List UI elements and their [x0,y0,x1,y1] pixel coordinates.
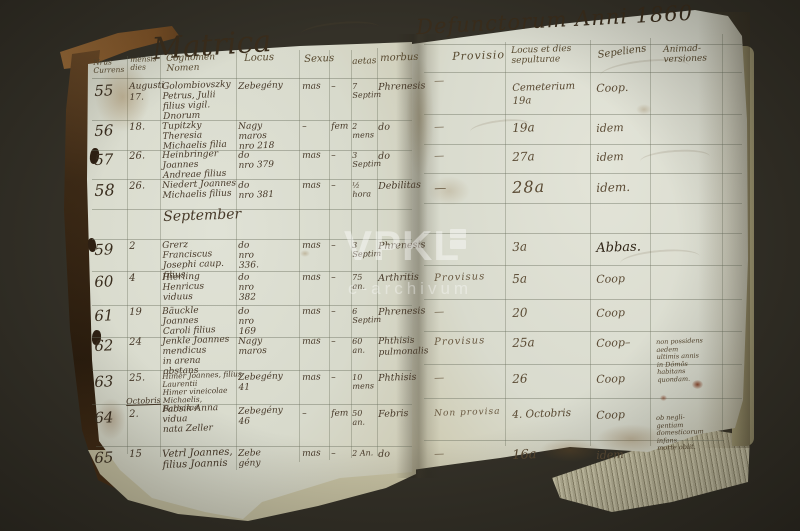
cell-locus-sepulturae: 5a [512,270,588,286]
cell-locus: Zebegény 46 [238,405,297,427]
watermark-text: VPKL [344,222,460,270]
watermark-subtext: e-archivum [348,279,472,299]
cell-sepeliens: Coop [596,271,652,286]
cell-name: Golombiovszky Petrus, Julii filius vigil… [162,79,237,122]
cell-locus: Zebegény [238,80,296,92]
cell-aetas: 60 an. [352,336,377,355]
cell-sexus-mas: – [302,121,328,132]
cell-morbus: Phthisis pulmonalis [378,336,419,359]
cell-aetas: 6 Septim [352,306,377,325]
cell-sexus-fem: – [331,180,351,191]
cell-sepeliens: idem [596,149,652,164]
cell-date: 19 [129,306,159,318]
cell-date: 2 [129,240,159,252]
cell-date: 2. [129,408,159,420]
cell-animadversiones: ob negli- gentiam domesticorum infans mo… [656,413,723,453]
cell-locus: do nro 169 [238,305,297,337]
cell-entry-number: 60 [94,272,129,291]
cell-animadversiones: non possidens aedem ultimis annis in Döm… [656,337,724,384]
cell-locus-sepulturae: 25a [512,334,588,350]
cell-locus: Nagy maros [238,335,297,357]
header-sexus: Sexus [304,53,334,65]
cell-sexus-fem: – [331,150,351,161]
cell-sexus-mas: – [302,408,328,419]
cell-aetas: 2 An. [352,448,376,458]
cell-sexus-mas: mas [302,372,328,383]
cell-locus-sepulturae: 26 [512,370,588,386]
cell-locus-sepulturae: 3a [512,238,588,254]
cell-morbus: Febris [378,408,418,420]
cell-sepeliens: Coop [596,407,652,422]
cell-sexus-mas: mas [302,336,328,347]
cell-locus: do nro 381 [238,179,297,201]
cell-entry-number: 64 [94,408,129,427]
cell-sexus-fem: – [331,372,351,383]
cell-aetas: 7 Septim [352,81,377,100]
cell-sexus-mas: mas [302,272,328,283]
cell-date: 24 [129,336,159,348]
month-label-september: September [163,206,241,225]
archival-photo: Matrica Defunctorum Anni 1860 Nrus Curre… [0,0,800,531]
header-provisio: Provisio [452,48,505,63]
cell-sepeliens: Abbas. [596,239,652,256]
cell-entry-number: 65 [94,448,129,467]
cell-sepeliens: Coop– [596,335,652,350]
cell-provisio: — [434,179,504,195]
cell-date: Augusti 17. [129,81,160,104]
cell-locus-sepulturae: 28a [512,178,588,194]
cell-date: 18. [129,121,159,133]
cell-sepeliens: Coop. [596,80,652,95]
cell-locus: Nagy maros nro 218 [238,120,297,152]
cell-morbus: do [378,121,418,133]
header-locus-sepulturae: Locus et dies sepulturae [511,43,588,66]
cell-sepeliens: idem [596,120,652,135]
cell-sexus-fem: – [331,306,351,317]
cell-locus: do nro 379 [238,149,297,171]
cell-locus: do nro 382 [238,271,297,303]
cell-entry-number: 59 [94,240,129,259]
cell-sexus-mas: mas [302,306,328,317]
header-aetas: aetas [352,56,377,67]
cell-name: Bäuckle Joannes Caroli filius [162,304,237,337]
cell-date: 4 [129,272,159,284]
page-curl-shading [698,12,750,448]
header-cognomen-nomen: Cognomen Nomen [166,51,239,74]
header-animadversiones: Animad- versiones [663,43,707,65]
cell-name: Niedert Joannes Michaelis filius [162,178,237,201]
cell-sexus-fem: – [331,81,351,92]
cell-name: Fabsik Anna vidua nata Zeller [162,402,237,435]
cell-morbus: Phrenesis [378,306,418,318]
cell-morbus: do [378,448,418,460]
cell-name: Vetrl Joannes, filius Joannis [162,446,237,471]
cell-sexus-mas: mas [302,180,328,191]
cell-sepeliens: Coop [596,371,652,386]
cell-sexus-mas: mas [302,81,328,92]
cell-sexus-fem: fem [331,408,351,419]
cell-entry-number: 63 [94,372,129,391]
watermark-badge-icon [450,229,466,253]
cell-aetas: 3 Septim [352,150,377,169]
header-nrus-currens: Nrus Currens [93,58,124,75]
cell-sexus-fem: fem [331,121,351,132]
cell-sepeliens: Coop [596,305,652,320]
cell-sexus-mas: mas [302,150,328,161]
cell-aetas: ½ hora [352,180,377,199]
cell-entry-number: 58 [94,180,129,200]
cell-locus: Zebe gény [238,447,297,469]
cell-entry-number: 55 [94,81,129,100]
header-mensis-dies: mensis dies [130,55,157,72]
cell-locus: Zebegény 41 [238,371,297,393]
cell-sexus-mas: mas [302,448,328,459]
cell-date: 26. [129,150,159,162]
cell-aetas: 2 mens [352,121,377,140]
cell-name: Hierling Henricus viduus [162,270,237,303]
cell-sexus-fem: – [331,448,351,459]
cell-aetas: 50 an. [352,408,377,427]
month-label-october: Octobris [126,396,161,406]
cell-morbus: Debilitas [378,180,418,192]
header-morbus: morbus [380,52,419,64]
header-locus: Locus [244,52,274,64]
cell-name: Heinbringer Joannes Andreae filius [162,148,237,181]
cell-date: 25. [129,372,159,384]
cell-aetas: 10 mens [352,372,377,391]
cell-locus-sepulturae: 16a [512,446,588,462]
cell-morbus: Phthisis [378,372,418,384]
cell-entry-number: 57 [94,150,129,169]
cell-date: 15 [129,448,159,460]
cell-locus-sepulturae: 4. Octobris [512,406,588,422]
cell-locus-sepulturae: Cemeterium 19a [512,79,589,108]
cell-locus-sepulturae: 20 [512,304,588,320]
cell-entry-number: 62 [94,336,129,355]
cell-date: 26. [129,180,159,192]
cell-locus: do nro 336. [238,239,297,271]
cell-sexus-mas: mas [302,240,328,251]
cell-name: Tupitzky Theresia Michaelis filia [162,119,237,152]
cell-morbus: do [378,150,418,162]
cell-sexus-fem: – [331,336,351,347]
cell-entry-number: 61 [94,306,129,325]
cell-locus-sepulturae: 19a [512,119,588,135]
cell-sepeliens: idem. [596,179,652,195]
cell-morbus: Phrenesis [378,81,418,93]
cell-locus-sepulturae: 27a [512,148,588,164]
cell-entry-number: 56 [94,121,129,140]
cell-sepeliens: idem [596,447,652,462]
